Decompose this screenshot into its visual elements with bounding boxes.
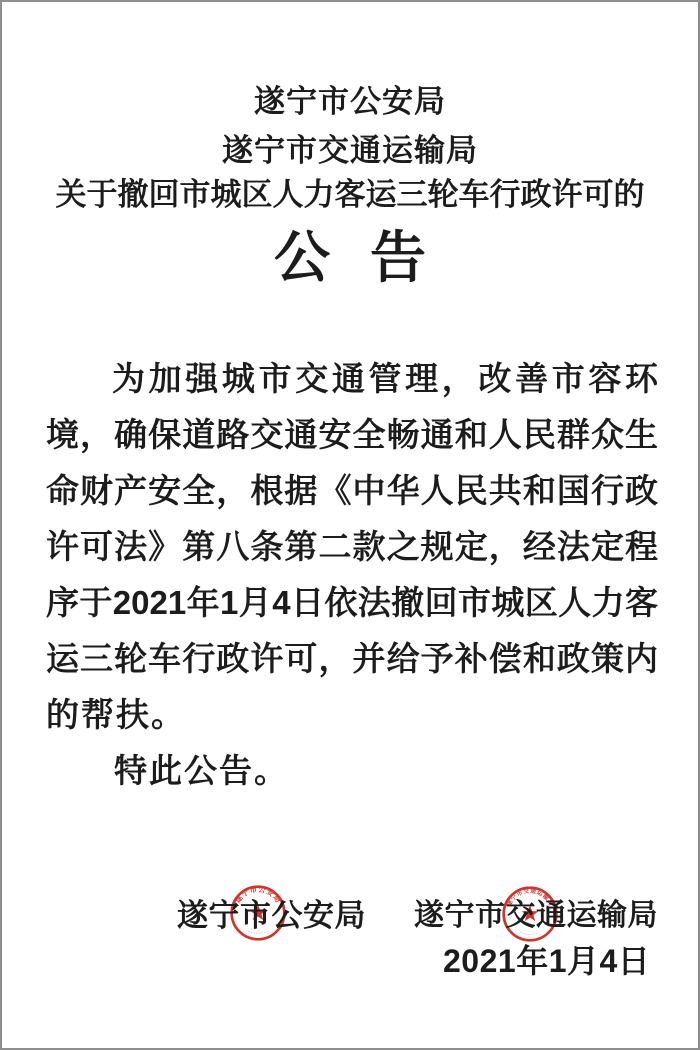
header-subject-line: 关于撤回市城区人力客运三轮车行政许可的 bbox=[2, 179, 698, 211]
body-line: 的帮扶。 bbox=[46, 687, 658, 743]
header-org-line1: 遂宁市公安局 bbox=[2, 86, 698, 118]
notice-title: 公 告 bbox=[2, 229, 698, 289]
body-text: 为加强城市交通管理，改善市容环境，确保道路交通安全畅通和人民群众生命财产安全，根… bbox=[46, 351, 658, 799]
signature-public-security-bureau: 遂宁市公安局 bbox=[177, 899, 366, 933]
body-line: 运三轮车行政许可，并给予补偿和政策内 bbox=[46, 631, 658, 687]
announcement-document: 遂宁市公安局 遂宁市交通运输局 关于撤回市城区人力客运三轮车行政许可的 公 告 … bbox=[0, 0, 700, 1050]
body-line: 序于2021年1月4日依法撤回市城区人力客 bbox=[46, 575, 658, 631]
body-line: 命财产安全，根据《中华人民共和国行政 bbox=[46, 463, 658, 519]
body-line: 许可法》第八条第二款之规定，经法定程 bbox=[46, 519, 658, 575]
signature-date: 2021年1月4日 bbox=[443, 944, 650, 978]
header-org-line2: 遂宁市交通运输局 bbox=[2, 135, 698, 167]
closing-statement: 特此公告。 bbox=[46, 743, 658, 799]
body-line: 为加强城市交通管理，改善市容环 bbox=[46, 351, 658, 407]
signature-transport-bureau: 遂宁市交通运输局 bbox=[414, 899, 658, 933]
body-paragraph: 为加强城市交通管理，改善市容环境，确保道路交通安全畅通和人民群众生命财产安全，根… bbox=[46, 351, 658, 743]
body-line: 境，确保道路交通安全畅通和人民群众生 bbox=[46, 407, 658, 463]
